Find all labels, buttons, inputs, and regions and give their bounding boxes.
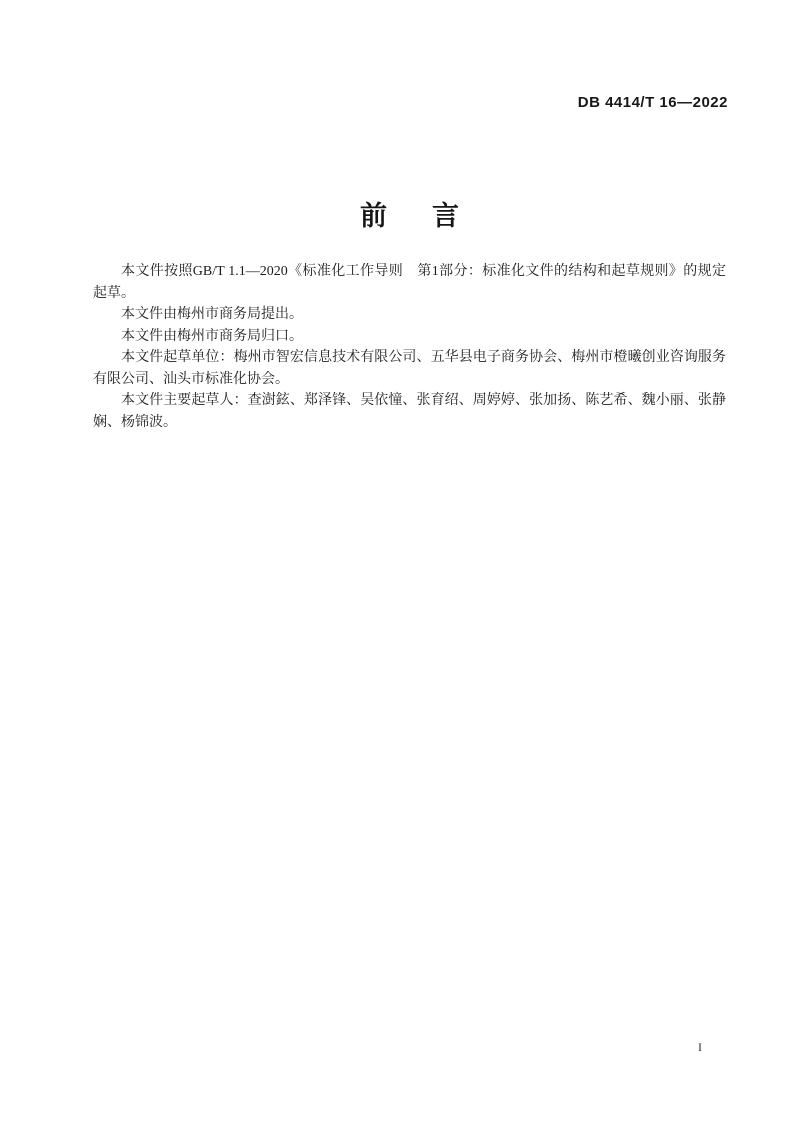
foreword-body: 本文件按照GB/T 1.1—2020《标准化工作导则 第1部分：标准化文件的结构…	[93, 261, 726, 433]
foreword-paragraph-managed-by: 本文件由梅州市商务局归口。	[93, 326, 726, 348]
foreword-paragraph-drafting-organizations: 本文件起草单位：梅州市智宏信息技术有限公司、五华县电子商务协会、梅州市橙曦创业咨…	[93, 347, 726, 390]
foreword-paragraph-main-drafters: 本文件主要起草人：查澍鉉、郑泽锋、吴依憧、张育绍、周婷婷、张加扬、陈艺希、魏小丽…	[93, 390, 726, 433]
title-char-second: 言	[432, 194, 459, 233]
document-page: DB 4414/T 16—2022 前 言 本文件按照GB/T 1.1—2020…	[0, 0, 800, 1132]
standard-code: DB 4414/T 16—2022	[578, 94, 728, 111]
page-number: I	[698, 1040, 702, 1055]
page-title: 前 言	[93, 194, 726, 233]
title-char-first: 前	[360, 194, 387, 233]
foreword-paragraph-proposed-by: 本文件由梅州市商务局提出。	[93, 304, 726, 326]
foreword-paragraph-drafting-rule: 本文件按照GB/T 1.1—2020《标准化工作导则 第1部分：标准化文件的结构…	[93, 261, 726, 304]
